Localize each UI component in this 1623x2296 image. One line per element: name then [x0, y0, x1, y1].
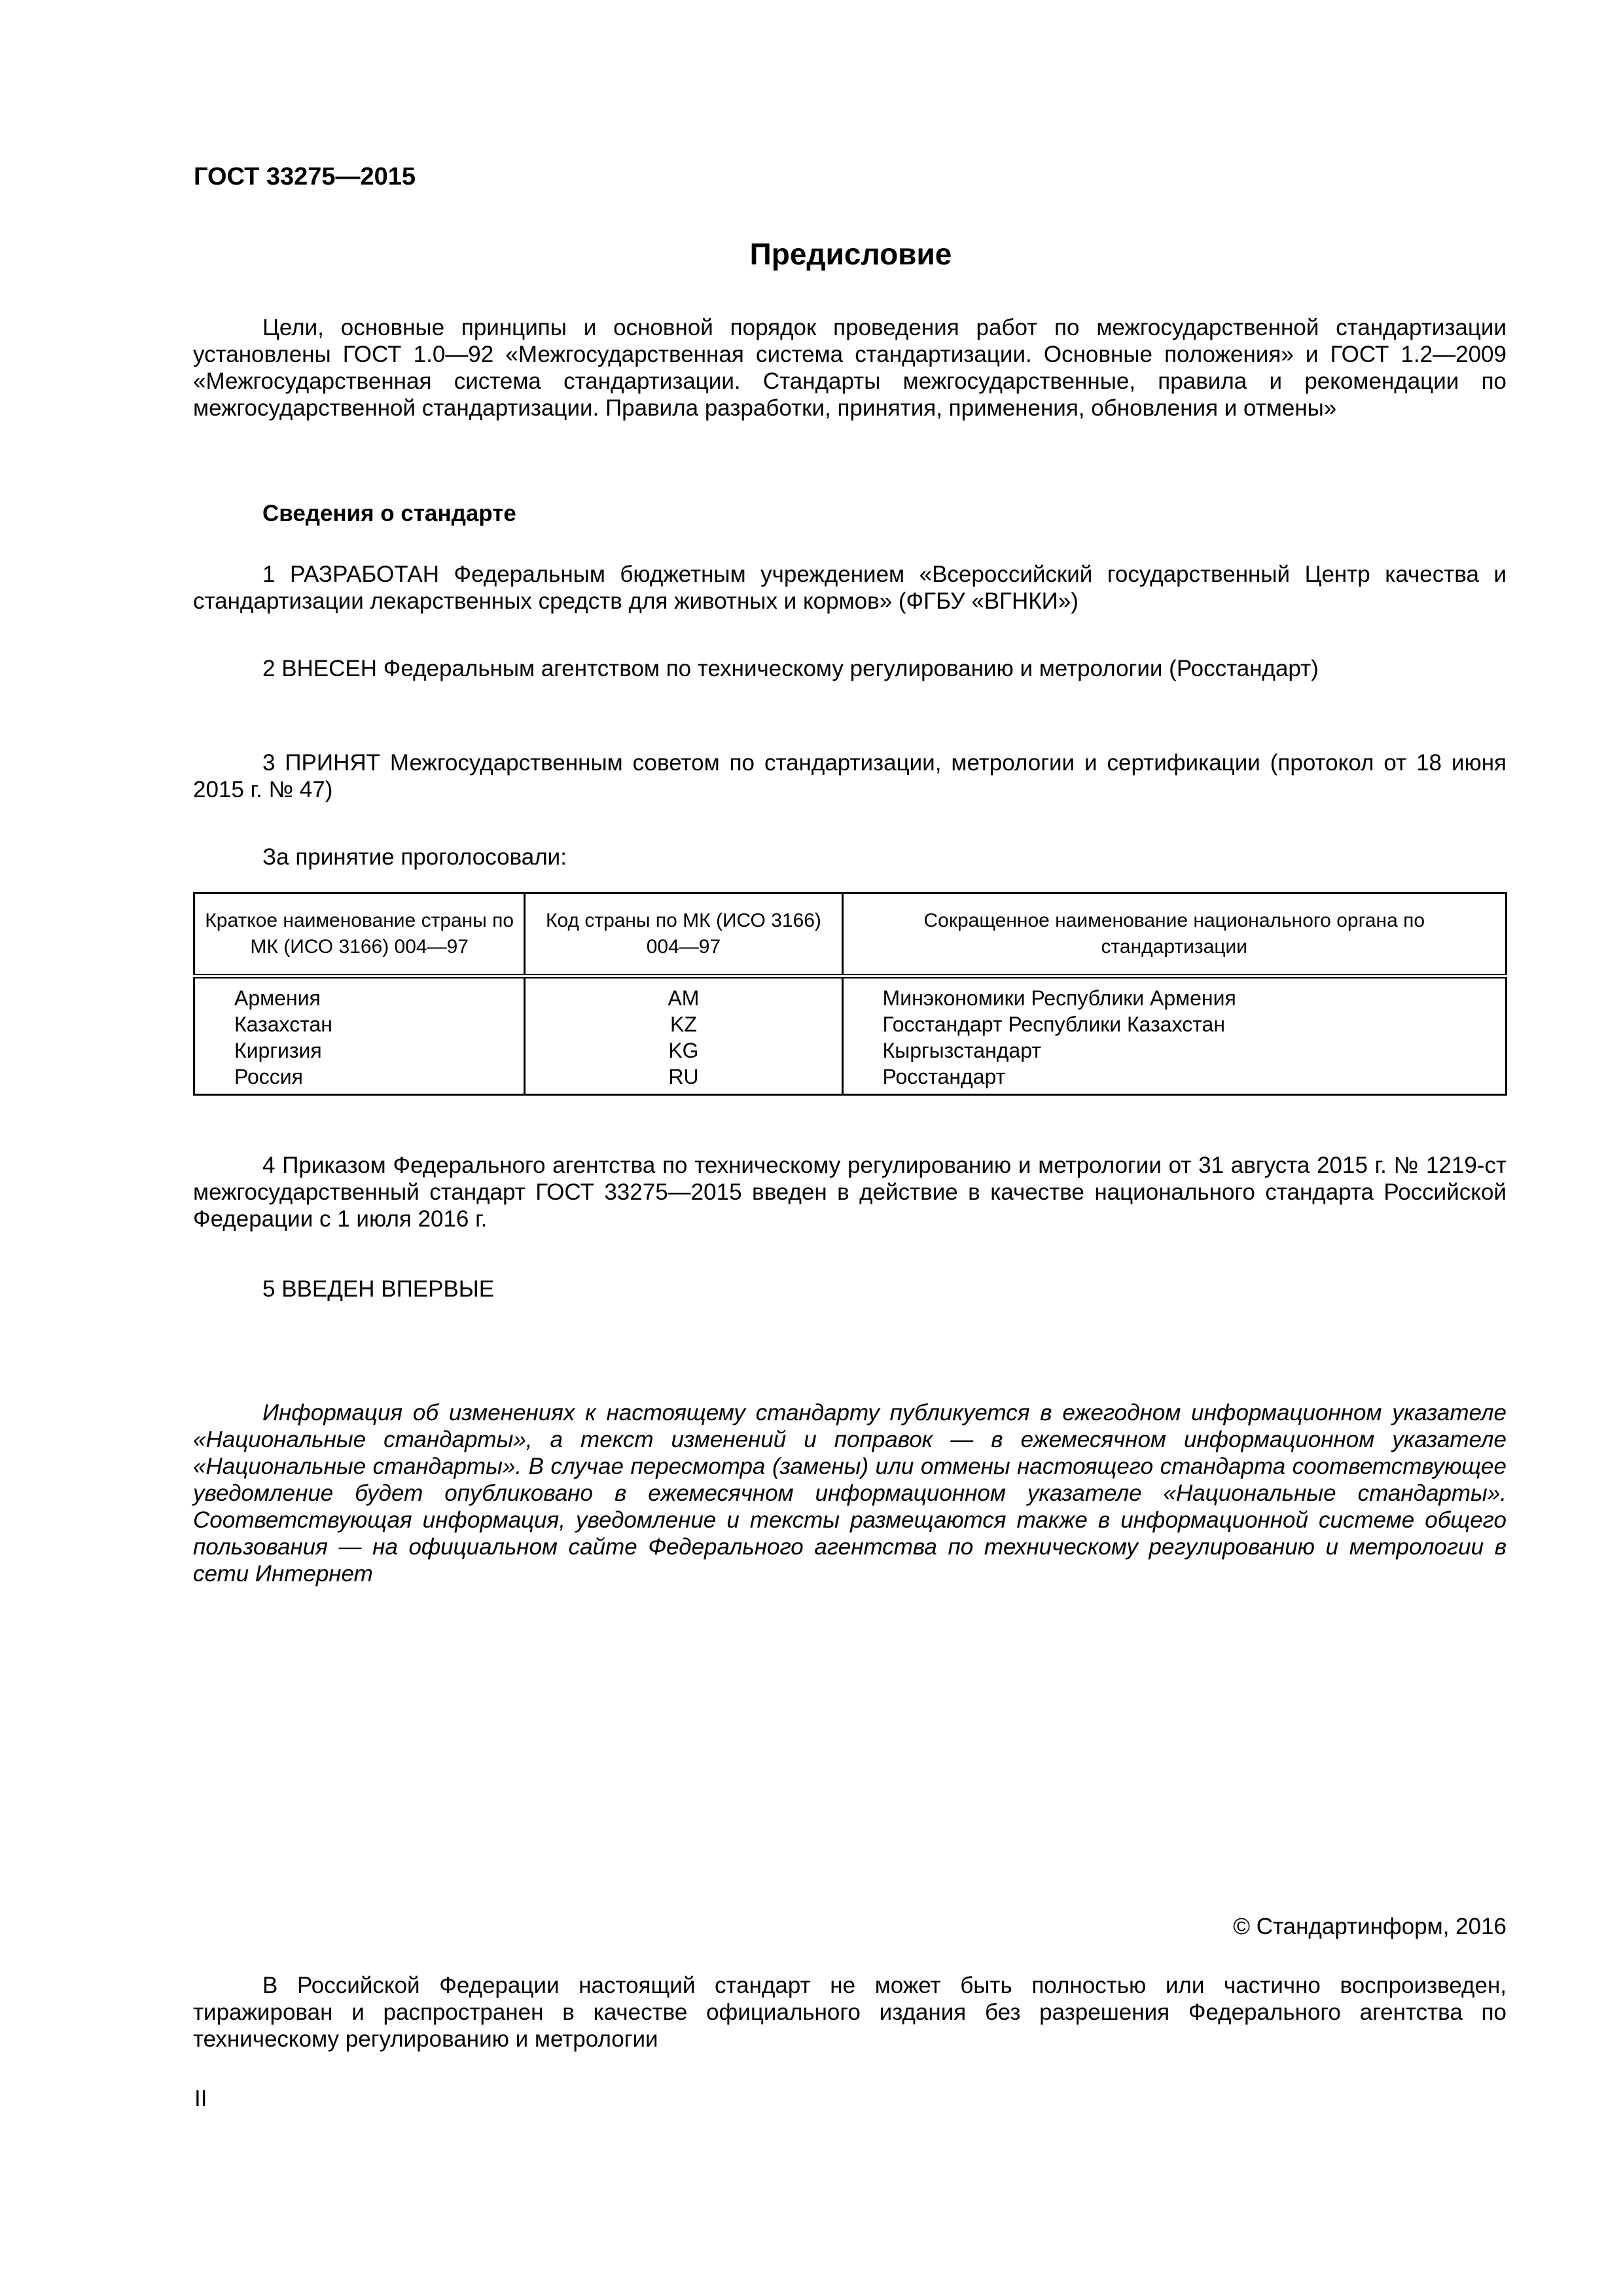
page-title: Предисловие: [0, 236, 1623, 272]
cell-country: Россия: [194, 1064, 525, 1095]
item-4-order: 4 Приказом Федерального агентства по тех…: [193, 1152, 1507, 1232]
table-row: Армения AM Минэкономики Республики Армен…: [194, 977, 1507, 1012]
item-5-introduced: 5 ВВЕДЕН ВПЕРВЫЕ: [193, 1276, 1507, 1302]
cell-body: Кыргызстандарт: [842, 1037, 1506, 1064]
item-3-adopted: 3 ПРИНЯТ Межгосударственным советом по с…: [193, 749, 1507, 803]
table-row: Казахстан KZ Госстандарт Республики Каза…: [194, 1011, 1507, 1037]
reproduction-notice: В Российской Федерации настоящий стандар…: [193, 1972, 1507, 2053]
vote-intro: За принятие проголосовали:: [193, 844, 1507, 870]
cell-code: RU: [525, 1064, 842, 1095]
document-code: ГОСТ 33275—2015: [194, 162, 416, 191]
cell-code: KZ: [525, 1011, 842, 1037]
cell-country: Киргизия: [194, 1037, 525, 1064]
cell-body: Росстандарт: [842, 1064, 1506, 1095]
column-header-body: Сокращенное наименование национального о…: [842, 893, 1506, 977]
cell-code: AM: [525, 977, 842, 1012]
table-row: Россия RU Росстандарт: [194, 1064, 1507, 1095]
section-heading: Сведения о стандарте: [193, 500, 1507, 527]
copyright-notice: © Стандартинформ, 2016: [1233, 1913, 1507, 1940]
table-row: Киргизия KG Кыргызстандарт: [194, 1037, 1507, 1064]
cell-country: Армения: [194, 977, 525, 1012]
column-header-code: Код страны по МК (ИСО 3166) 004—97: [525, 893, 842, 977]
cell-code: KG: [525, 1037, 842, 1064]
item-2-submitted: 2 ВНЕСЕН Федеральным агентством по техни…: [193, 655, 1507, 682]
changes-info-note: Информация об изменениях к настоящему ст…: [193, 1399, 1507, 1587]
intro-paragraph: Цели, основные принципы и основной поряд…: [193, 314, 1507, 422]
cell-body: Госстандарт Республики Казахстан: [842, 1011, 1506, 1037]
cell-country: Казахстан: [194, 1011, 525, 1037]
column-header-country: Краткое наименование страны по МК (ИСО 3…: [194, 893, 525, 977]
cell-body: Минэкономики Республики Армения: [842, 977, 1506, 1012]
vote-table-header-row: Краткое наименование страны по МК (ИСО 3…: [194, 893, 1507, 977]
vote-table: Краткое наименование страны по МК (ИСО 3…: [193, 892, 1507, 1096]
page-number: II: [194, 2085, 207, 2112]
item-1-developed: 1 РАЗРАБОТАН Федеральным бюджетным учреж…: [193, 561, 1507, 615]
